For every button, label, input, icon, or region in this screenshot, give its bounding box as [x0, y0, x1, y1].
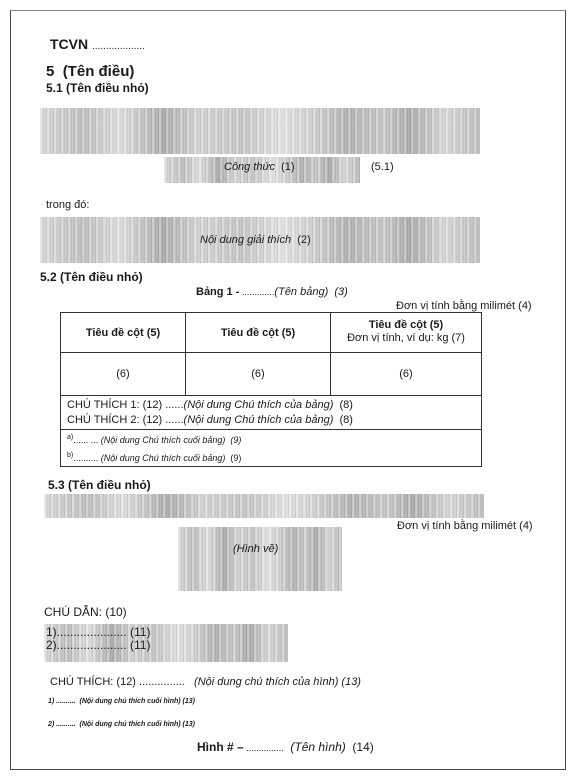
where-label: trong đó: — [46, 199, 89, 211]
figure-footnote: 1) .......... (Nội dung chú thích cuối h… — [48, 698, 195, 705]
figure-caption: Hình # – ............... (Tên hình) (14) — [197, 740, 374, 754]
note-label: CHÚ THÍCH 2: (12) ...... — [67, 414, 184, 426]
explanation-ref: (2) — [297, 234, 310, 246]
section-number: 5 — [46, 63, 54, 80]
header-unit-text: Đơn vị tính, ví dụ: kg (7) — [331, 331, 481, 345]
figure-caption-dots: ............... — [244, 743, 284, 753]
note-text: (Nội dung Chú thích của bảng) — [184, 414, 334, 426]
header-text: Tiêu đề cột (5) — [221, 327, 295, 339]
table-cell: (6) — [61, 353, 186, 396]
key-item: 2)..................... (11) — [46, 639, 150, 652]
figure-caption-ref: (14) — [352, 740, 373, 754]
table-unit-note: Đơn vị tính bằng milimét (4) — [396, 300, 532, 312]
key-list: 1)..................... (11) 2).........… — [46, 626, 150, 652]
footnote-text: (Nội dung Chú thích cuối bảng) — [101, 435, 226, 445]
explanation-text: Nội dung giải thích — [200, 234, 291, 246]
note-ref: (8) — [340, 399, 353, 411]
figure-footnote: 2) .......... (Nội dung chú thích cuối h… — [48, 721, 195, 728]
note-text: (Nội dung Chú thích của bảng) — [184, 399, 334, 411]
figure-note: CHÚ THÍCH: (12) ............... (Nội dun… — [50, 676, 361, 688]
data-table: Tiêu đề cột (5) Tiêu đề cột (5) Tiêu đề … — [60, 312, 482, 467]
code-dots: ................... — [92, 41, 145, 52]
formula-ref: (1) — [281, 161, 294, 173]
equation-number: (5.1) — [371, 161, 394, 173]
footnote-dots: ...... ... — [73, 435, 98, 445]
figure-footnote-text: (Nội dung chú thích cuối hình) (13) — [80, 698, 196, 705]
figure-footnote-marker: 1) .......... — [48, 698, 76, 705]
figure-note-label: CHÚ THÍCH: (12) ............... — [50, 676, 185, 688]
note-ref: (8) — [340, 414, 353, 426]
footnote-dots: .......... — [73, 453, 98, 463]
section-heading: 5 (Tên điều) — [46, 63, 134, 80]
table-header-cell: Tiêu đề cột (5) — [186, 313, 331, 353]
formula-text: Công thức — [224, 161, 275, 173]
subsection-5-1-heading: 5.1 (Tên điều nhỏ) — [46, 81, 149, 95]
footnote-text: (Nội dung Chú thích cuối bảng) — [101, 453, 226, 463]
header-text: Tiêu đề cột (5) — [86, 327, 160, 339]
table-header-row: Tiêu đề cột (5) Tiêu đề cột (5) Tiêu đề … — [61, 313, 482, 353]
table-cell: (6) — [331, 353, 482, 396]
table-row: (6) (6) (6) — [61, 353, 482, 396]
figure-placeholder — [178, 527, 342, 591]
figure-caption-name: (Tên hình) — [290, 740, 345, 754]
table-footnotes-cell: a)...... ... (Nội dung Chú thích cuối bả… — [61, 430, 482, 467]
figure-footnote-text: (Nội dung chú thích cuối hình) (13) — [80, 721, 196, 728]
figure-unit-note: Đơn vị tính bằng milimét (4) — [397, 520, 533, 532]
table-cell: (6) — [186, 353, 331, 396]
standard-code: TCVN ................... — [50, 36, 145, 52]
figure-top-band — [44, 494, 484, 518]
table-footnotes-row: a)...... ... (Nội dung Chú thích cuối bả… — [61, 430, 482, 467]
section-title: (Tên điều) — [63, 63, 135, 80]
table-caption: Bảng 1 - .............(Tên bảng) (3) — [196, 286, 348, 298]
formula-label: Công thức (1) — [224, 161, 295, 173]
code-label: TCVN — [50, 36, 88, 52]
subsection-5-3-heading: 5.3 (Tên điều nhỏ) — [48, 478, 151, 492]
table-footnote: b).......... (Nội dung Chú thích cuối bả… — [67, 448, 481, 466]
explanation-label: Nội dung giải thích (2) — [200, 234, 311, 246]
table-caption-prefix: Bảng 1 - — [196, 286, 239, 298]
formula-area — [40, 108, 480, 154]
table-caption-name: (Tên bảng) — [274, 286, 328, 298]
header-text: Tiêu đề cột (5) — [331, 320, 481, 331]
table-caption-ref: (3) — [334, 286, 347, 298]
footnote-ref: (9) — [230, 435, 241, 445]
footnote-ref: (9) — [230, 453, 241, 463]
subsection-5-2-heading: 5.2 (Tên điều nhỏ) — [40, 270, 143, 284]
figure-footnote-marker: 2) .......... — [48, 721, 76, 728]
table-header-cell: Tiêu đề cột (5) — [61, 313, 186, 353]
figure-label: (Hình vẽ) — [233, 543, 278, 555]
table-notes-row: CHÚ THÍCH 1: (12) ......(Nội dung Chú th… — [61, 396, 482, 430]
table-notes-cell: CHÚ THÍCH 1: (12) ......(Nội dung Chú th… — [61, 396, 482, 430]
note-label: CHÚ THÍCH 1: (12) ...... — [67, 399, 184, 411]
table-header-cell: Tiêu đề cột (5) Đơn vị tính, ví dụ: kg (… — [331, 313, 482, 353]
table-note: CHÚ THÍCH 2: (12) ......(Nội dung Chú th… — [67, 413, 481, 428]
table-footnote: a)...... ... (Nội dung Chú thích cuối bả… — [67, 430, 481, 448]
key-title: CHÚ DẪN: (10) — [44, 605, 127, 619]
figure-note-text: (Nội dung chú thích của hình) (13) — [194, 676, 361, 688]
table-note: CHÚ THÍCH 1: (12) ......(Nội dung Chú th… — [67, 398, 481, 413]
figure-caption-prefix: Hình # – — [197, 740, 244, 754]
table-caption-dots: ............. — [239, 287, 274, 297]
